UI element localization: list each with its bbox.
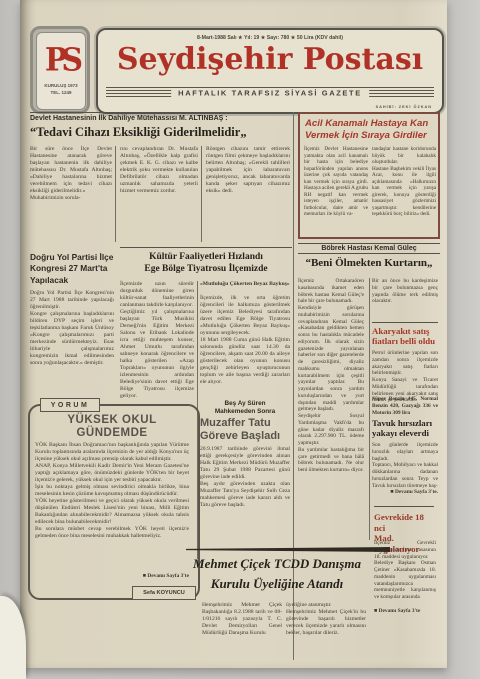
logo-ps-monogram-icon: PS [45,45,77,77]
kultur-headline: Kültür Faaliyetleri Hızlandı Ege Bölge T… [120,251,292,276]
kultur-column-b: İlçemizde, ilk ve orta öğretim öğrencile… [200,295,290,395]
rule-above-akaryakit [372,322,438,323]
logo-tel: TEL. 1249 [50,90,71,95]
tavuk-body: Son günlerde ilçemizde hırsızlık olaylar… [372,442,438,488]
gevrekli-continued: ■ Devamı Sayfa 3'te [374,608,436,614]
akaryakit-body: Petrol ürünlerine yapılan son zamdan son… [372,350,438,396]
main-article-column-3: Röntgen cihazını tamir ettirerek röntgen… [206,146,290,244]
rule-above-kultur [120,247,292,248]
newspaper-title: Seydişehir Postası [98,42,442,78]
rule-above-gevrekli [374,506,434,507]
akaryakit-prices: Süper Benzin 445, Normal Benzin 420, Gaz… [372,396,438,416]
main-article-column-2: rını cevaplandıran Dr. Mustafa Altınbaş,… [120,146,198,244]
dogru-yol-body: Doğru Yol Partisi İlçe Kongresi'nin 27 M… [30,290,114,396]
bobrek-column-2-intro: Bir an önce bu kardeşimize bir çare bulu… [372,278,438,320]
acil-column-1: İlçemiz Devlet Hastanesine yatmakta olan… [304,146,368,232]
dogru-yol-headline: Doğru Yol Partisi İlçe Kongresi 27 Mart'… [30,252,114,286]
masthead-rule-lines: HAFTALIK TARAFSIZ SİYASİ GAZETE [106,87,434,98]
tavuk-headline: Tavuk hırsızları yakayı eleverdi [372,418,438,438]
bobrek-column-1: İlçemiz Ortakaraören kasabasında ikamet … [298,278,364,556]
masthead-owner: SAHİBİ: ZEKİ ÖZKAN [376,105,432,109]
masthead-subtitle: HAFTALIK TARAFSIZ SİYASİ GAZETE [171,88,369,97]
column-divider [369,278,370,540]
acil-column-2: tandaşlar hastane koridorunda büyük bir … [372,146,436,232]
main-article-column-1: Bir süre önce İlçe Devlet Hastanesine at… [30,146,112,244]
main-article-headline: “Tedavi Cihazı Eksikliği Giderilmelidir„ [30,125,292,140]
logo-founded: KURULUŞ 1973 [44,83,77,88]
kultur-column-a: İlçemizde uzun süredir durgunluk dönemin… [120,281,194,399]
kultur-subhead: «Mutluluğu Çökerten Beyaz Baykuş» [200,281,290,293]
akaryakit-headline: Akaryakıt satış fiatları belli oldu [372,326,438,346]
logo-frame: PS KURULUŞ 1973TEL. 1249 [36,32,86,110]
masthead-box: 8-Mart-1988 Salı ★ Yıl: 19 ★ Sayı: 780 ★… [96,28,444,114]
column-divider [201,146,202,242]
mehmet-headline: Mehmet Çiçek TCDD Danışma Kurulu Üyeliği… [164,554,390,593]
yorum-headline: YÜKSEK OKUL GÜNDEMDE [32,414,192,440]
rule-above-main-kicker [30,112,292,113]
yorum-label: YORUM [40,398,100,412]
newspaper-scan: { "masthead": { "logo_monogram": "PS", "… [0,0,480,679]
bobrek-kicker: Böbrek Hastası Kemal Güleç [298,243,440,254]
logo-founded-line: KURULUŞ 1973TEL. 1249 [44,82,77,96]
muzaffer-headline: Muzaffer Tatu Göreve Başladı [200,417,290,442]
main-article-kicker: Devlet Hastanesinin İlk Dahiliye Mütehas… [30,115,292,122]
newspaper-logo: PS KURULUŞ 1973TEL. 1249 [30,26,90,114]
muzaffer-kicker: Beş Ay Süren Mahkemeden Sonra [200,400,290,415]
column-divider [115,146,116,242]
masthead-dateline: 8-Mart-1988 Salı ★ Yıl: 19 ★ Sayı: 780 ★… [98,35,442,41]
bobrek-headline: “Beni Ölmekten Kurtarın„ [298,257,440,269]
muzaffer-body: 20.9.1987 tarihinde görevini ihmal ettiğ… [200,446,290,542]
acil-headline: Acil Kanamalı Hastaya Kan Vermek İçin Sı… [305,118,435,141]
mehmet-column-2: üyeliğine atanmıştır. Hemşehrimiz Mehmet… [286,602,366,662]
mehmet-column-1: Hemşehrimiz Mehmet Çiçek Başbakanlığa 8.… [202,602,282,662]
acil-article-box: Acil Kanamalı Hastaya Kan Vermek İçin Sı… [298,112,440,239]
tavuk-continued: ■ Devamı Sayfa 3'te. [372,489,438,495]
